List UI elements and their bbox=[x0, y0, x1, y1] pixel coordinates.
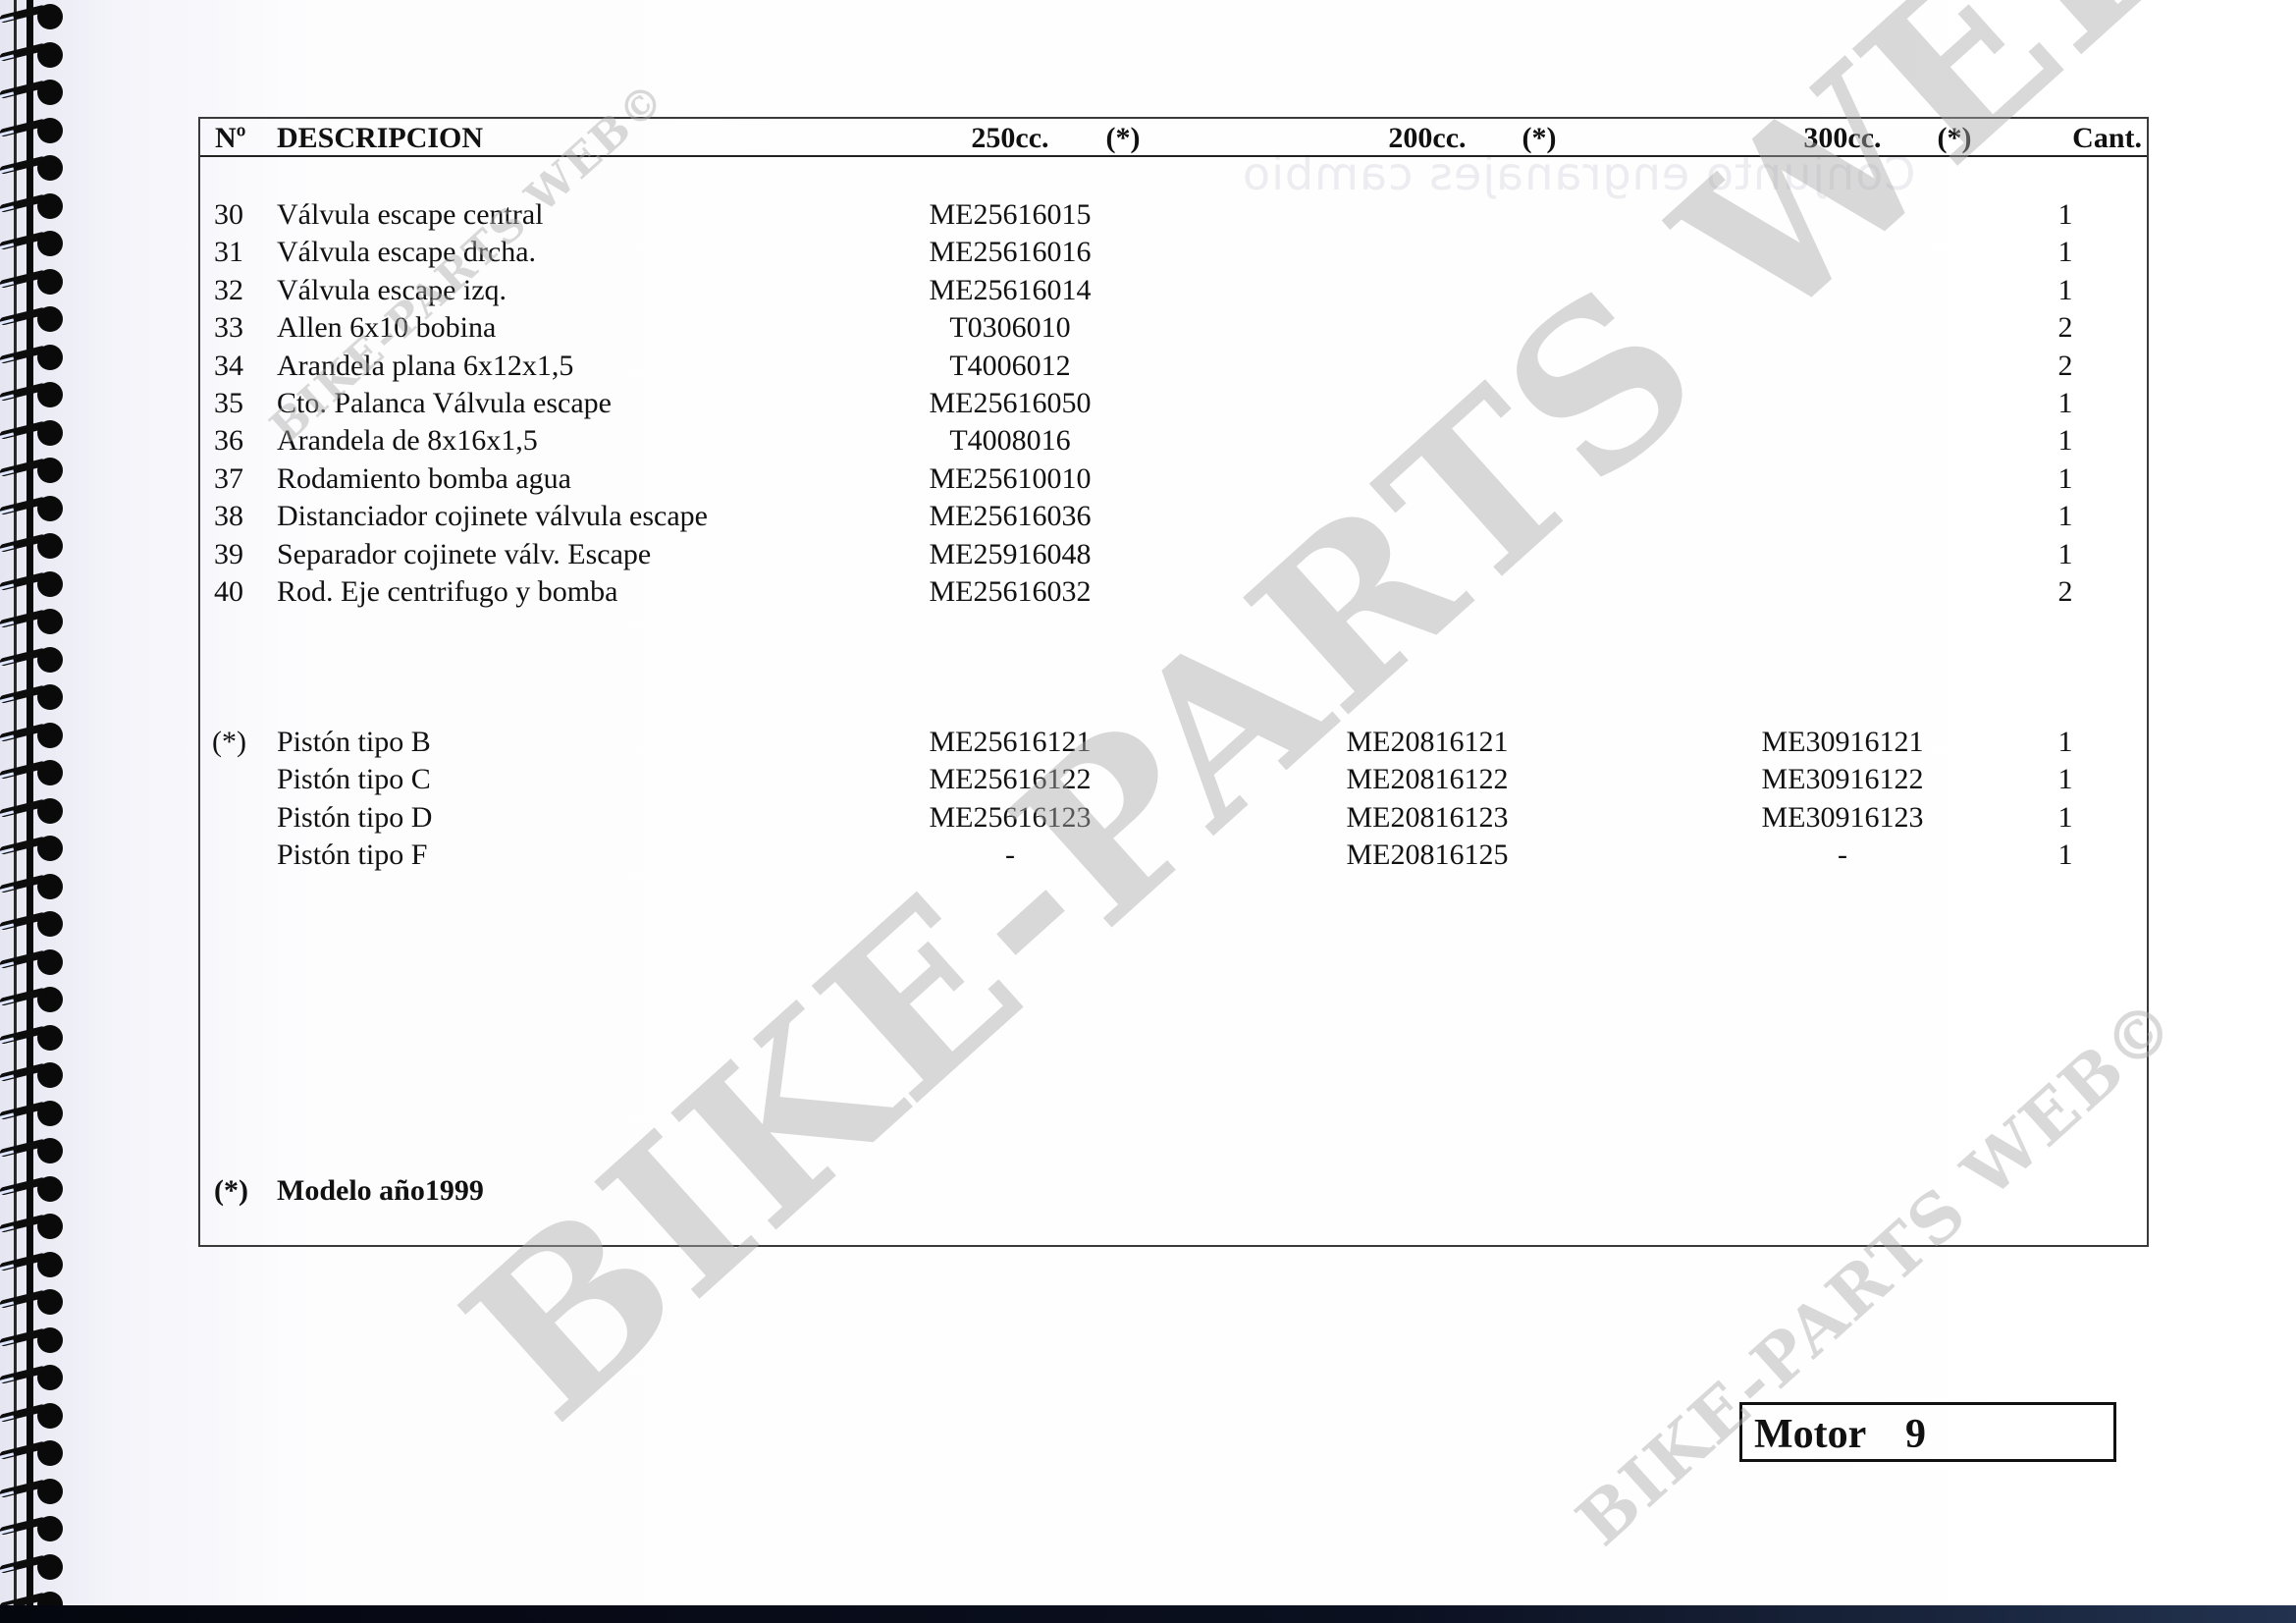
piston-description: Pistón tipo B bbox=[277, 726, 431, 759]
binding-ring bbox=[0, 909, 63, 939]
part-quantity: 2 bbox=[2036, 350, 2095, 383]
table-row: 30Válvula escape centralME256160151 bbox=[200, 198, 2147, 236]
binding-ring bbox=[0, 569, 63, 599]
part-code-250cc: ME25616032 bbox=[912, 575, 1108, 609]
part-description: Allen 6x10 bobina bbox=[277, 311, 496, 345]
binding-ring bbox=[0, 456, 63, 485]
part-code-250cc: ME25616016 bbox=[912, 236, 1108, 269]
binding-ring bbox=[0, 1552, 63, 1582]
header-star-300: (*) bbox=[1925, 122, 1984, 155]
part-quantity: 1 bbox=[2036, 538, 2095, 571]
header-star-200: (*) bbox=[1510, 122, 1569, 155]
part-description: Distanciador cojinete válvula escape bbox=[277, 500, 708, 533]
piston-description: Pistón tipo F bbox=[277, 839, 427, 872]
parts-table: Nº DESCRIPCION 250cc. (*) 200cc. (*) 300… bbox=[198, 117, 2149, 1247]
binding-ring bbox=[0, 2, 63, 31]
header-star-250: (*) bbox=[1094, 122, 1152, 155]
piston-code-250cc: ME25616123 bbox=[912, 801, 1108, 835]
part-description: Arandela plana 6x12x1,5 bbox=[277, 350, 573, 383]
part-description: Rod. Eje centrifugo y bomba bbox=[277, 575, 617, 609]
part-description: Cto. Palanca Válvula escape bbox=[277, 387, 612, 420]
part-quantity: 2 bbox=[2036, 311, 2095, 345]
piston-code-300cc: - bbox=[1744, 839, 1941, 872]
part-description: Rodamiento bomba agua bbox=[277, 462, 571, 496]
part-quantity: 1 bbox=[2036, 462, 2095, 496]
binding-ring bbox=[0, 1401, 63, 1431]
part-number: 35 bbox=[214, 387, 243, 420]
section-label: Motor 9 bbox=[1739, 1402, 2116, 1462]
part-description: Válvula escape izq. bbox=[277, 274, 507, 307]
binding-ring bbox=[0, 721, 63, 750]
table-header: Nº DESCRIPCION 250cc. (*) 200cc. (*) 300… bbox=[200, 119, 2147, 157]
binding-ring bbox=[0, 758, 63, 787]
piston-code-250cc: - bbox=[912, 839, 1108, 872]
binding-ring bbox=[0, 947, 63, 977]
piston-description: Pistón tipo D bbox=[277, 801, 432, 835]
header-quantity: Cant. bbox=[2046, 122, 2142, 155]
part-description: Válvula escape drcha. bbox=[277, 236, 536, 269]
header-description: DESCRIPCION bbox=[277, 122, 483, 155]
binding-ring bbox=[0, 1099, 63, 1128]
binding-ring bbox=[0, 153, 63, 183]
binding-ring bbox=[0, 1250, 63, 1279]
part-quantity: 1 bbox=[2036, 274, 2095, 307]
binding-ring bbox=[0, 78, 63, 107]
part-description: Válvula escape central bbox=[277, 198, 544, 232]
binding-ring bbox=[0, 1136, 63, 1165]
table-row: 35Cto. Palanca Válvula escapeME256160501 bbox=[200, 387, 2147, 424]
spiral-binding bbox=[0, 0, 65, 1623]
binding-ring bbox=[0, 343, 63, 372]
section-name: Motor bbox=[1754, 1411, 1866, 1458]
part-description: Separador cojinete válv. Escape bbox=[277, 538, 651, 571]
part-number: 37 bbox=[214, 462, 243, 496]
table-row: Pistón tipo DME25616123ME20816123ME30916… bbox=[200, 801, 2147, 839]
binding-ring bbox=[0, 796, 63, 826]
binding-ring bbox=[0, 40, 63, 70]
binding-ring bbox=[0, 116, 63, 145]
part-code-250cc: ME25616050 bbox=[912, 387, 1108, 420]
header-number: Nº bbox=[215, 122, 246, 155]
binding-ring bbox=[0, 1477, 63, 1506]
binding-ring bbox=[0, 645, 63, 675]
binding-ring bbox=[0, 1212, 63, 1241]
section-page-number: 9 bbox=[1905, 1411, 1926, 1458]
part-code-250cc: T0306010 bbox=[912, 311, 1108, 345]
binding-ring bbox=[0, 1023, 63, 1053]
piston-code-250cc: ME25616121 bbox=[912, 726, 1108, 759]
part-code-250cc: T4006012 bbox=[912, 350, 1108, 383]
piston-code-300cc: ME30916121 bbox=[1744, 726, 1941, 759]
piston-description: Pistón tipo C bbox=[277, 763, 431, 796]
piston-code-200cc: ME20816123 bbox=[1329, 801, 1525, 835]
piston-quantity: 1 bbox=[2036, 839, 2095, 872]
table-row: (*)Pistón tipo BME25616121ME20816121ME30… bbox=[200, 726, 2147, 763]
binding-ring bbox=[0, 1060, 63, 1090]
part-code-250cc: T4008016 bbox=[912, 424, 1108, 458]
piston-quantity: 1 bbox=[2036, 763, 2095, 796]
binding-ring bbox=[0, 304, 63, 334]
part-quantity: 1 bbox=[2036, 387, 2095, 420]
part-code-250cc: ME25616014 bbox=[912, 274, 1108, 307]
table-row: 37Rodamiento bomba aguaME256100101 bbox=[200, 462, 2147, 500]
part-number: 33 bbox=[214, 311, 243, 345]
table-row: 36Arandela de 8x16x1,5T40080161 bbox=[200, 424, 2147, 461]
table-row: 33Allen 6x10 bobinaT03060102 bbox=[200, 311, 2147, 349]
binding-ring bbox=[0, 494, 63, 523]
part-code-250cc: ME25616036 bbox=[912, 500, 1108, 533]
table-row: 40Rod. Eje centrifugo y bombaME256160322 bbox=[200, 575, 2147, 613]
part-quantity: 1 bbox=[2036, 198, 2095, 232]
binding-ring bbox=[0, 985, 63, 1014]
table-row: 34Arandela plana 6x12x1,5T40060122 bbox=[200, 350, 2147, 387]
part-quantity: 1 bbox=[2036, 236, 2095, 269]
part-number: 31 bbox=[214, 236, 243, 269]
table-row: Pistón tipo F-ME20816125-1 bbox=[200, 839, 2147, 876]
piston-code-300cc: ME30916122 bbox=[1744, 763, 1941, 796]
binding-ring bbox=[0, 418, 63, 448]
part-code-250cc: ME25616015 bbox=[912, 198, 1108, 232]
scan-bottom-edge bbox=[0, 1605, 2296, 1623]
part-number: 38 bbox=[214, 500, 243, 533]
header-300cc: 300cc. bbox=[1744, 122, 1941, 155]
header-200cc: 200cc. bbox=[1329, 122, 1525, 155]
binding-ring bbox=[0, 1363, 63, 1392]
note-text: Modelo año1999 bbox=[277, 1174, 484, 1208]
note-mark: (*) bbox=[214, 1174, 248, 1208]
binding-ring bbox=[0, 191, 63, 221]
piston-code-250cc: ME25616122 bbox=[912, 763, 1108, 796]
part-number: 32 bbox=[214, 274, 243, 307]
binding-ring bbox=[0, 267, 63, 297]
table-row: 39Separador cojinete válv. EscapeME25916… bbox=[200, 538, 2147, 575]
table-row: 32Válvula escape izq.ME256160141 bbox=[200, 274, 2147, 311]
part-code-250cc: ME25610010 bbox=[912, 462, 1108, 496]
piston-quantity: 1 bbox=[2036, 801, 2095, 835]
table-row: 31Válvula escape drcha.ME256160161 bbox=[200, 236, 2147, 273]
part-number: 34 bbox=[214, 350, 243, 383]
header-250cc: 250cc. bbox=[912, 122, 1108, 155]
part-quantity: 2 bbox=[2036, 575, 2095, 609]
binding-ring bbox=[0, 1514, 63, 1543]
piston-code-200cc: ME20816125 bbox=[1329, 839, 1525, 872]
part-code-250cc: ME25916048 bbox=[912, 538, 1108, 571]
table-row: Pistón tipo CME25616122ME20816122ME30916… bbox=[200, 763, 2147, 800]
piston-code-200cc: ME20816122 bbox=[1329, 763, 1525, 796]
part-quantity: 1 bbox=[2036, 500, 2095, 533]
binding-ring bbox=[0, 229, 63, 258]
piston-code-300cc: ME30916123 bbox=[1744, 801, 1941, 835]
piston-mark: (*) bbox=[212, 726, 246, 759]
part-number: 36 bbox=[214, 424, 243, 458]
piston-quantity: 1 bbox=[2036, 726, 2095, 759]
binding-ring bbox=[0, 607, 63, 636]
binding-ring bbox=[0, 1438, 63, 1468]
part-number: 30 bbox=[214, 198, 243, 232]
binding-ring bbox=[0, 1174, 63, 1204]
binding-ring bbox=[0, 1287, 63, 1317]
binding-ring bbox=[0, 834, 63, 863]
part-quantity: 1 bbox=[2036, 424, 2095, 458]
binding-ring bbox=[0, 682, 63, 712]
binding-ring bbox=[0, 872, 63, 901]
piston-code-200cc: ME20816121 bbox=[1329, 726, 1525, 759]
part-description: Arandela de 8x16x1,5 bbox=[277, 424, 538, 458]
binding-ring bbox=[0, 531, 63, 561]
part-number: 40 bbox=[214, 575, 243, 609]
table-row: 38Distanciador cojinete válvula escapeME… bbox=[200, 500, 2147, 537]
binding-ring bbox=[0, 380, 63, 409]
part-number: 39 bbox=[214, 538, 243, 571]
binding-ring bbox=[0, 1325, 63, 1355]
